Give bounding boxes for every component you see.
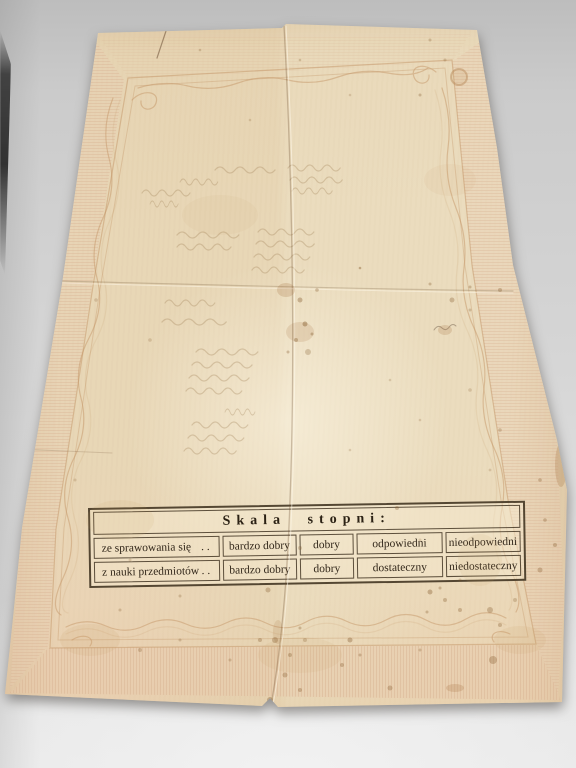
grade-scale-table: Skala stopni: ze sprawowania się . . bar… xyxy=(88,501,526,588)
grade-cell: dobry xyxy=(299,558,354,580)
grade-cell: odpowiedni xyxy=(357,532,443,554)
ink-bleedthrough-handwriting xyxy=(0,0,576,768)
certificate-back-page: Skala stopni: ze sprawowania się . . bar… xyxy=(0,0,576,768)
row-label-text: ze sprawowania się xyxy=(102,541,192,554)
row-label-dots: . . xyxy=(201,541,210,553)
row-label-dots: . . xyxy=(201,565,210,577)
grade-cell: dostateczny xyxy=(357,556,443,578)
paper-shadow-wrapper: Skala stopni: ze sprawowania się . . bar… xyxy=(0,0,576,768)
freckle-specks xyxy=(74,39,558,704)
row-label-cell: ze sprawowania się . . xyxy=(93,536,219,559)
horizontal-fold-crease xyxy=(58,281,513,291)
photo-scene: Skala stopni: ze sprawowania się . . bar… xyxy=(0,0,576,768)
pencil-scribble xyxy=(434,325,456,331)
table-row: ze sprawowania się . . bardzo dobry dobr… xyxy=(93,531,520,559)
grade-cell: bardzo dobry xyxy=(223,559,297,581)
stains-and-creases xyxy=(0,0,576,768)
grade-cell: bardzo dobry xyxy=(223,535,297,557)
row-label-cell: z nauki przedmiotów . . xyxy=(94,560,220,583)
row-label-text: z nauki przedmiotów xyxy=(102,565,199,579)
vertical-fold-crease xyxy=(271,26,293,705)
grade-cell: nieodpowiedni xyxy=(445,531,521,553)
grade-scale-title: Skala stopni: xyxy=(93,505,520,535)
grade-cell: dobry xyxy=(299,534,354,556)
table-row: z nauki przedmiotów . . bardzo dobry dob… xyxy=(94,555,521,583)
ring-stain xyxy=(451,69,467,85)
embossed-border-ornament xyxy=(0,0,576,768)
grade-cell: niedostateczny xyxy=(445,555,521,577)
